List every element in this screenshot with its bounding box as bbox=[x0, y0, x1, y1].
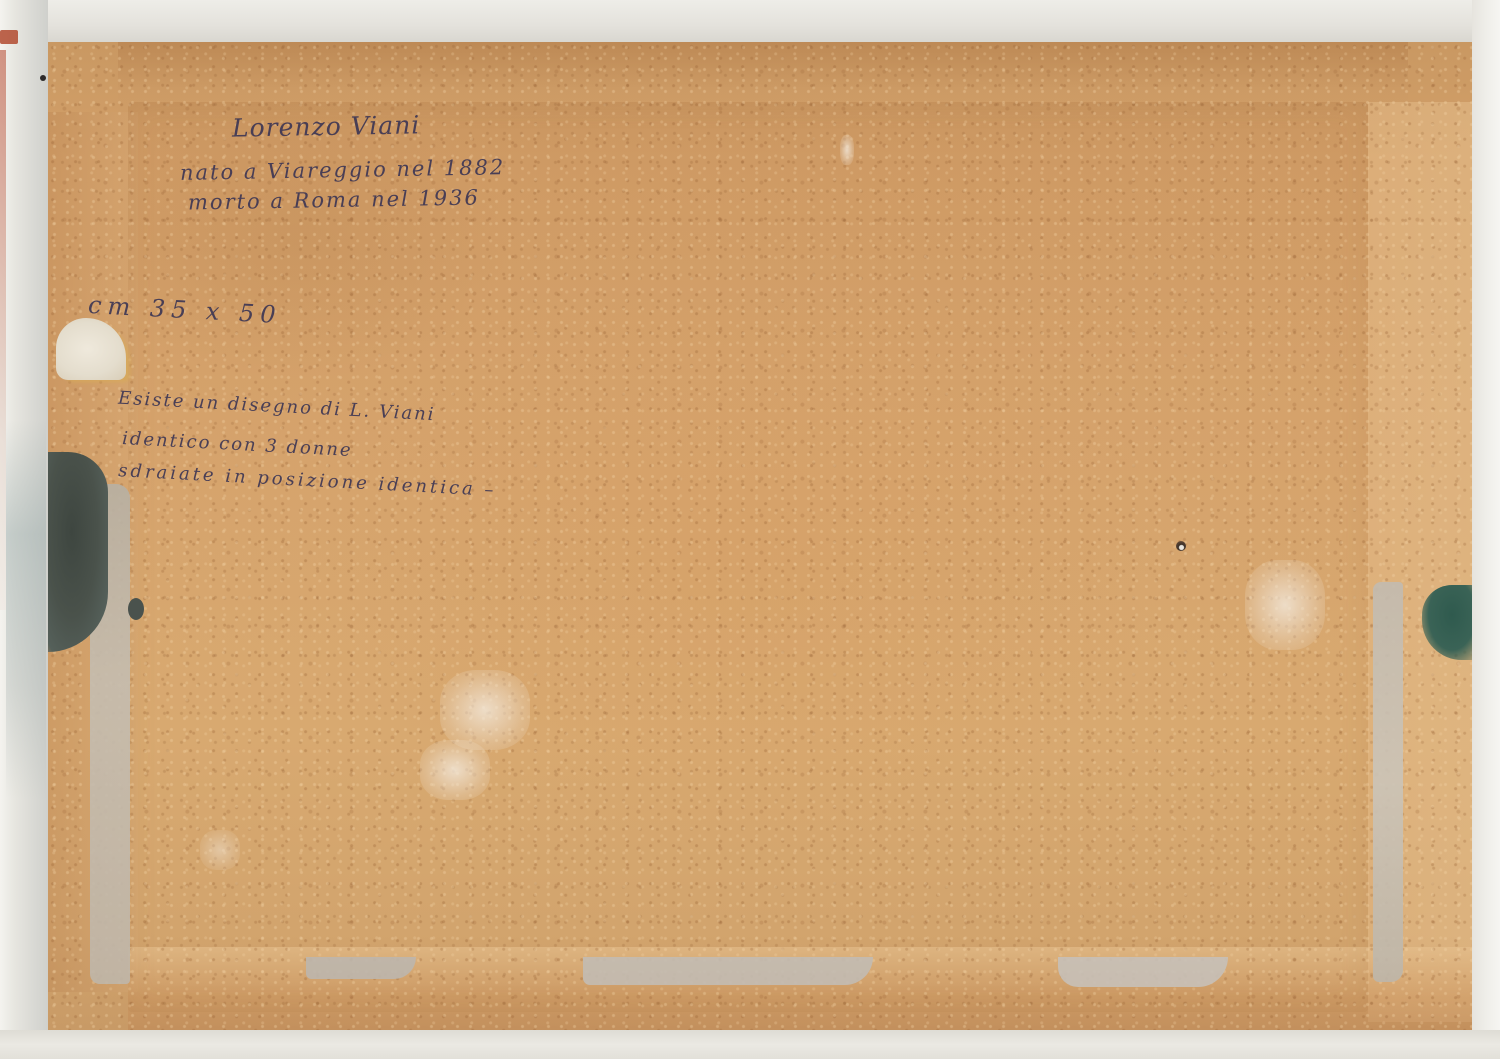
white-scuff bbox=[420, 740, 490, 800]
grey-paint-stain bbox=[48, 452, 108, 652]
pin-mark bbox=[40, 75, 46, 81]
tape-remnant-bottom bbox=[306, 957, 416, 979]
inscription-died: morto a Roma nel 1936 bbox=[188, 185, 480, 214]
red-frame-edge bbox=[0, 50, 6, 610]
tape-remnant-bottom bbox=[1058, 957, 1228, 987]
white-scuff bbox=[200, 830, 240, 870]
paint-drip bbox=[128, 598, 144, 620]
inscription-artist-name: Lorenzo Viani bbox=[232, 110, 421, 142]
red-corner-mark bbox=[0, 30, 18, 44]
white-scuff bbox=[1245, 560, 1325, 650]
nail-hole bbox=[1176, 541, 1186, 551]
white-scuff bbox=[440, 670, 530, 750]
white-scuff bbox=[840, 135, 854, 165]
paper-tape-bottom bbox=[0, 1030, 1500, 1059]
tape-remnant-right bbox=[1373, 582, 1403, 982]
paper-tape-top bbox=[0, 0, 1500, 42]
tape-remnant-bottom bbox=[583, 957, 873, 985]
paper-tape-right bbox=[1472, 0, 1500, 1059]
artwork-back-photo: Lorenzo Viani nato a Viareggio nel 1882 … bbox=[0, 0, 1500, 1059]
tape-shadow bbox=[6, 420, 46, 800]
